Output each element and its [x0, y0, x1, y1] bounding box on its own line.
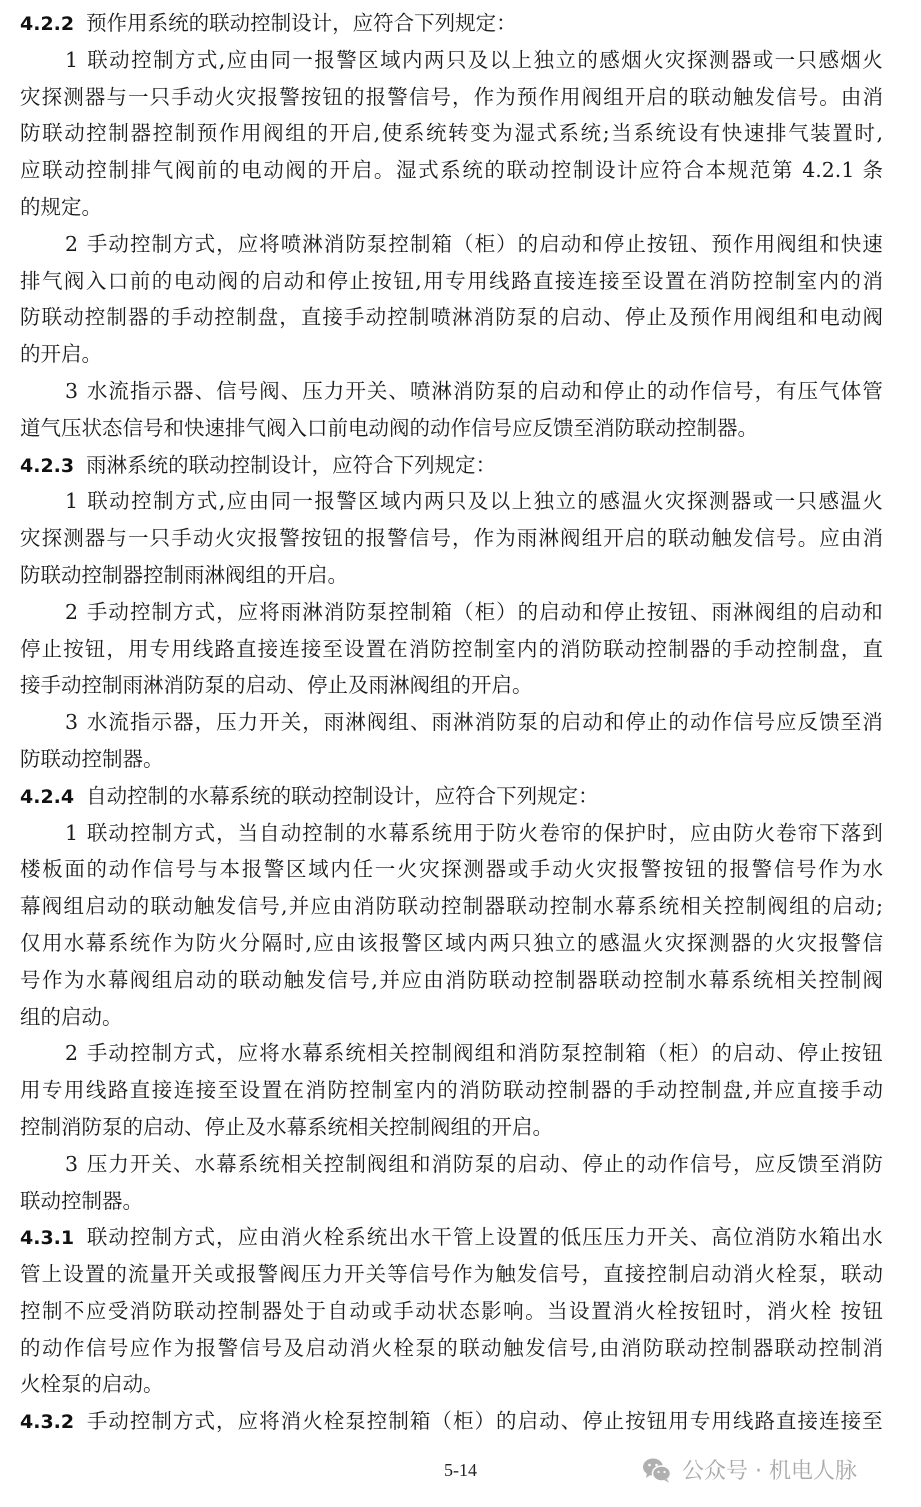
list-item-line: 1联动控制方式，当自动控制的水幕系统用于防火卷帘的保护时，应由防火卷帘下落到 — [20, 815, 883, 852]
line-text: 水流指示器，压力开关，雨淋阀组、雨淋消防泵的启动和停止的动作信号应反馈至消 — [86, 710, 883, 734]
item-number: 3 — [65, 1152, 78, 1176]
paragraph-line: 控制不应受消防联动控制器处于自动或手动状态影响。当设置消火栓按钮时，消火栓 按钮 — [20, 1293, 883, 1330]
line-text: 仅用水幕系统作为防火分隔时,应由该报警区域内两只独立的感温火灾探测器的火灾报警信 — [20, 931, 883, 955]
watermark-text: 公众号 · 机电人脉 — [682, 1454, 857, 1485]
line-text: 的开启。 — [20, 342, 102, 366]
line-text: 压力开关、水幕系统相关控制阀组和消防泵的启动、停止的动作信号，应反馈至消防 — [86, 1152, 883, 1176]
clause-heading: 4.2.2预作用系统的联动控制设计，应符合下列规定： — [20, 5, 883, 42]
list-item-line: 3压力开关、水幕系统相关控制阀组和消防泵的启动、停止的动作信号，应反馈至消防 — [20, 1146, 883, 1183]
paragraph-line: 楼板面的动作信号与本报警区域内任一火灾探测器或手动火灾报警按钮的报警信号作为水 — [20, 851, 883, 888]
clause-heading: 4.2.3雨淋系统的联动控制设计，应符合下列规定： — [20, 447, 883, 484]
clause-number: 4.2.2 — [20, 13, 74, 35]
paragraph-line: 联动控制器。 — [20, 1183, 883, 1220]
item-number: 2 — [65, 232, 78, 256]
item-number: 2 — [65, 1041, 78, 1065]
item-number: 1 — [65, 821, 78, 845]
line-text: 手动控制方式，应将消火栓泵控制箱（柜）的启动、停止按钮用专用线路直接连接至 — [86, 1409, 883, 1433]
list-item-line: 3水流指示器、信号阀、压力开关、喷淋消防泵的启动和停止的动作信号，有压气体管 — [20, 373, 883, 410]
line-text: 火栓泵的启动。 — [20, 1372, 164, 1396]
line-text: 管上设置的流量开关或报警阀压力开关等信号作为触发信号，直接控制启动消火栓泵，联动 — [20, 1262, 883, 1286]
line-text: 防联动控制器的手动控制盘，直接手动控制喷淋消防泵的启动、停止及预作用阀组和电动阀 — [20, 305, 883, 329]
line-text: 的动作信号应作为报警信号及启动消火栓泵的联动触发信号,由消防联动控制器联动控制消 — [20, 1336, 883, 1360]
line-text: 联动控制方式,应由同一报警区域内两只及以上独立的感烟火灾探测器或一只感烟火 — [86, 48, 883, 72]
paragraph-line: 的规定。 — [20, 189, 883, 226]
clause-number: 4.3.2 — [20, 1411, 74, 1433]
paragraph-line: 灾探测器与一只手动火灾报警按钮的报警信号，作为雨淋阀组开启的联动触发信号。应由消 — [20, 520, 883, 557]
paragraph-line: 火栓泵的启动。 — [20, 1366, 883, 1403]
paragraph-line: 接手动控制雨淋消防泵的启动、停止及雨淋阀组的开启。 — [20, 667, 883, 704]
list-item-line: 3水流指示器，压力开关，雨淋阀组、雨淋消防泵的启动和停止的动作信号应反馈至消 — [20, 704, 883, 741]
list-item-line: 1联动控制方式,应由同一报警区域内两只及以上独立的感温火灾探测器或一只感温火 — [20, 483, 883, 520]
clause-4-2-3: 4.2.3雨淋系统的联动控制设计，应符合下列规定：1联动控制方式,应由同一报警区… — [20, 447, 883, 778]
line-text: 组的启动。 — [20, 1005, 123, 1029]
item-number: 3 — [65, 379, 78, 403]
line-text: 幕阀组启动的联动触发信号,并应由消防联动控制器联动控制水幕系统相关控制阀组的启动… — [20, 894, 883, 918]
line-text: 防联动控制器。 — [20, 747, 164, 771]
line-text: 道气压状态信号和快速排气阀入口前电动阀的动作信号应反馈至消防联动控制器。 — [20, 416, 758, 440]
line-text: 联动控制方式，当自动控制的水幕系统用于防火卷帘的保护时，应由防火卷帘下落到 — [86, 821, 883, 845]
clause-heading: 4.2.4自动控制的水幕系统的联动控制设计，应符合下列规定： — [20, 778, 883, 815]
line-text: 联动控制器。 — [20, 1189, 143, 1213]
paragraph-line: 的动作信号应作为报警信号及启动消火栓泵的联动触发信号,由消防联动控制器联动控制消 — [20, 1330, 883, 1367]
clause-heading: 4.3.2手动控制方式，应将消火栓泵控制箱（柜）的启动、停止按钮用专用线路直接连… — [20, 1403, 883, 1440]
list-item-line: 2手动控制方式，应将水幕系统相关控制阀组和消防泵控制箱（柜）的启动、停止按钮 — [20, 1035, 883, 1072]
line-text: 手动控制方式，应将雨淋消防泵控制箱（柜）的启动和停止按钮、雨淋阀组的启动和 — [86, 600, 883, 624]
clause-number: 4.3.1 — [20, 1227, 74, 1249]
clause-number: 4.2.4 — [20, 786, 74, 808]
line-text: 手动控制方式，应将水幕系统相关控制阀组和消防泵控制箱（柜）的启动、停止按钮 — [86, 1041, 883, 1065]
item-number: 1 — [65, 489, 78, 513]
line-text: 手动控制方式，应将喷淋消防泵控制箱（柜）的启动和停止按钮、预作用阀组和快速 — [86, 232, 883, 256]
clause-number: 4.2.3 — [20, 455, 74, 477]
list-item-line: 2手动控制方式，应将雨淋消防泵控制箱（柜）的启动和停止按钮、雨淋阀组的启动和 — [20, 594, 883, 631]
line-text: 排气阀入口前的电动阀的启动和停止按钮,用专用线路直接连接至设置在消防控制室内的消 — [20, 269, 883, 293]
line-text: 灾探测器与一只手动火灾报警按钮的报警信号，作为雨淋阀组开启的联动触发信号。应由消 — [20, 526, 883, 550]
paragraph-line: 用专用线路直接连接至设置在消防控制室内的消防联动控制器的手动控制盘,并应直接手动 — [20, 1072, 883, 1109]
clause-4-3-1: 4.3.1联动控制方式，应由消火栓系统出水干管上设置的低压压力开关、高位消防水箱… — [20, 1219, 883, 1403]
line-text: 防联动控制器控制预作用阀组的开启,使系统转变为湿式系统;当系统设有快速排气装置时… — [20, 121, 883, 145]
paragraph-line: 道气压状态信号和快速排气阀入口前电动阀的动作信号应反馈至消防联动控制器。 — [20, 410, 883, 447]
line-text: 的规定。 — [20, 195, 102, 219]
paragraph-line: 管上设置的流量开关或报警阀压力开关等信号作为触发信号，直接控制启动消火栓泵，联动 — [20, 1256, 883, 1293]
clause-4-3-2: 4.3.2手动控制方式，应将消火栓泵控制箱（柜）的启动、停止按钮用专用线路直接连… — [20, 1403, 883, 1440]
paragraph-line: 防联动控制器控制预作用阀组的开启,使系统转变为湿式系统;当系统设有快速排气装置时… — [20, 115, 883, 152]
line-text: 联动控制方式,应由同一报警区域内两只及以上独立的感温火灾探测器或一只感温火 — [86, 489, 883, 513]
document-page: 4.2.2预作用系统的联动控制设计，应符合下列规定：1联动控制方式,应由同一报警… — [20, 5, 883, 1440]
paragraph-line: 停止按钮，用专用线路直接连接至设置在消防控制室内的消防联动控制器的手动控制盘，直 — [20, 631, 883, 668]
line-text: 控制消防泵的启动、停止及水幕系统相关控制阀组的开启。 — [20, 1115, 553, 1139]
line-text: 防联动控制器控制雨淋阀组的开启。 — [20, 563, 348, 587]
paragraph-line: 防联动控制器。 — [20, 741, 883, 778]
line-text: 用专用线路直接连接至设置在消防控制室内的消防联动控制器的手动控制盘,并应直接手动 — [20, 1078, 883, 1102]
line-text: 应联动控制排气阀前的电动阀的开启。湿式系统的联动控制设计应符合本规范第 4.2.… — [20, 158, 883, 182]
paragraph-line: 灾探测器与一只手动火灾报警按钮的报警信号，作为预作用阀组开启的联动触发信号。由消 — [20, 79, 883, 116]
clause-4-2-2: 4.2.2预作用系统的联动控制设计，应符合下列规定：1联动控制方式,应由同一报警… — [20, 5, 883, 447]
clause-4-2-4: 4.2.4自动控制的水幕系统的联动控制设计，应符合下列规定：1联动控制方式，当自… — [20, 778, 883, 1220]
clause-heading: 4.3.1联动控制方式，应由消火栓系统出水干管上设置的低压压力开关、高位消防水箱… — [20, 1219, 883, 1256]
line-text: 联动控制方式，应由消火栓系统出水干管上设置的低压压力开关、高位消防水箱出水 — [86, 1225, 883, 1249]
watermark: 公众号 · 机电人脉 — [642, 1454, 857, 1485]
line-text: 接手动控制雨淋消防泵的启动、停止及雨淋阀组的开启。 — [20, 673, 533, 697]
line-text: 号作为水幕阀组启动的联动触发信号,并应由消防联动控制器联动控制水幕系统相关控制阀 — [20, 968, 883, 992]
paragraph-line: 号作为水幕阀组启动的联动触发信号,并应由消防联动控制器联动控制水幕系统相关控制阀 — [20, 962, 883, 999]
line-text: 预作用系统的联动控制设计，应符合下列规定： — [86, 11, 517, 35]
paragraph-line: 防联动控制器控制雨淋阀组的开启。 — [20, 557, 883, 594]
line-text: 停止按钮，用专用线路直接连接至设置在消防控制室内的消防联动控制器的手动控制盘，直 — [20, 637, 883, 661]
wechat-icon — [642, 1457, 672, 1483]
line-text: 控制不应受消防联动控制器处于自动或手动状态影响。当设置消火栓按钮时，消火栓 按钮 — [20, 1299, 883, 1323]
line-text: 楼板面的动作信号与本报警区域内任一火灾探测器或手动火灾报警按钮的报警信号作为水 — [20, 857, 883, 881]
paragraph-line: 幕阀组启动的联动触发信号,并应由消防联动控制器联动控制水幕系统相关控制阀组的启动… — [20, 888, 883, 925]
line-text: 自动控制的水幕系统的联动控制设计，应符合下列规定： — [86, 784, 599, 808]
item-number: 1 — [65, 48, 78, 72]
paragraph-line: 的开启。 — [20, 336, 883, 373]
paragraph-line: 仅用水幕系统作为防火分隔时,应由该报警区域内两只独立的感温火灾探测器的火灾报警信 — [20, 925, 883, 962]
item-number: 2 — [65, 600, 78, 624]
list-item-line: 1联动控制方式,应由同一报警区域内两只及以上独立的感烟火灾探测器或一只感烟火 — [20, 42, 883, 79]
line-text: 水流指示器、信号阀、压力开关、喷淋消防泵的启动和停止的动作信号，有压气体管 — [86, 379, 883, 403]
list-item-line: 2手动控制方式，应将喷淋消防泵控制箱（柜）的启动和停止按钮、预作用阀组和快速 — [20, 226, 883, 263]
paragraph-line: 应联动控制排气阀前的电动阀的开启。湿式系统的联动控制设计应符合本规范第 4.2.… — [20, 152, 883, 189]
paragraph-line: 组的启动。 — [20, 999, 883, 1036]
paragraph-line: 控制消防泵的启动、停止及水幕系统相关控制阀组的开启。 — [20, 1109, 883, 1146]
line-text: 灾探测器与一只手动火灾报警按钮的报警信号，作为预作用阀组开启的联动触发信号。由消 — [20, 85, 883, 109]
paragraph-line: 排气阀入口前的电动阀的启动和停止按钮,用专用线路直接连接至设置在消防控制室内的消 — [20, 263, 883, 300]
paragraph-line: 防联动控制器的手动控制盘，直接手动控制喷淋消防泵的启动、停止及预作用阀组和电动阀 — [20, 299, 883, 336]
item-number: 3 — [65, 710, 78, 734]
line-text: 雨淋系统的联动控制设计，应符合下列规定： — [86, 453, 496, 477]
